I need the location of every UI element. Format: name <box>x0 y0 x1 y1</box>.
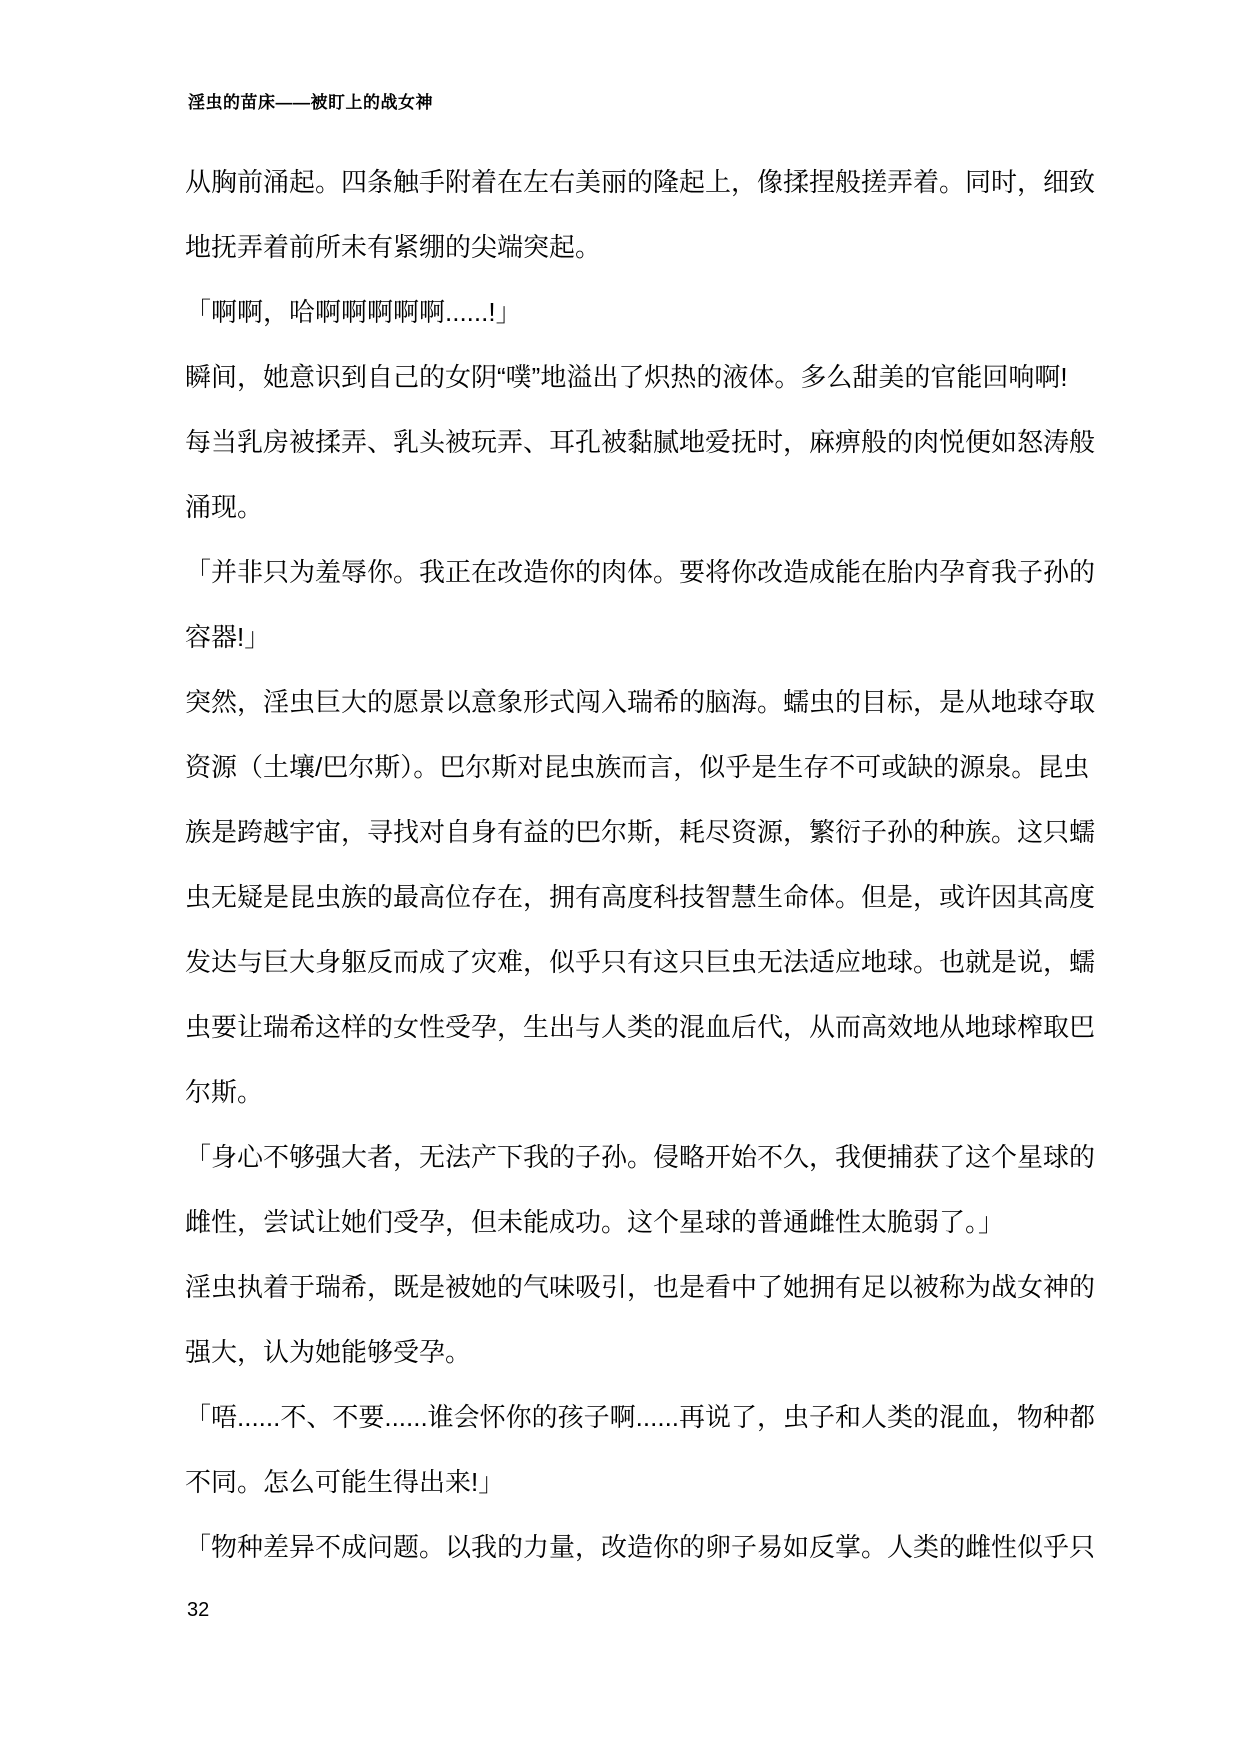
text-line: 从胸前涌起。四条触手附着在左右美丽的隆起上，像揉捏般搓弄着。同时，细致 <box>185 150 1085 215</box>
text-line: 容器!」 <box>185 605 1085 670</box>
document-page: 淫虫的苗床——被盯上的战女神 从胸前涌起。四条触手附着在左右美丽的隆起上，像揉捏… <box>0 0 1240 1753</box>
text-line: 不同。怎么可能生得出来!」 <box>185 1450 1085 1515</box>
text-line: 「唔......不、不要......谁会怀你的孩子啊......再说了，虫子和人… <box>185 1385 1085 1450</box>
text-line: 突然，淫虫巨大的愿景以意象形式闯入瑞希的脑海。蠕虫的目标，是从地球夺取 <box>185 670 1085 735</box>
running-header-title: 淫虫的苗床——被盯上的战女神 <box>188 93 433 113</box>
text-line: 涌现。 <box>185 475 1085 540</box>
text-line: 淫虫执着于瑞希，既是被她的气味吸引，也是看中了她拥有足以被称为战女神的 <box>185 1255 1085 1320</box>
text-line: 发达与巨大身躯反而成了灾难，似乎只有这只巨虫无法适应地球。也就是说，蠕 <box>185 930 1085 995</box>
text-line: 强大，认为她能够受孕。 <box>185 1320 1085 1385</box>
text-line: 族是跨越宇宙，寻找对自身有益的巴尔斯，耗尽资源，繁衍子孙的种族。这只蠕 <box>185 800 1085 865</box>
text-line: 每当乳房被揉弄、乳头被玩弄、耳孔被黏腻地爱抚时，麻痹般的肉悦便如怒涛般 <box>185 410 1085 475</box>
text-line: 尔斯。 <box>185 1060 1085 1125</box>
body-text: 从胸前涌起。四条触手附着在左右美丽的隆起上，像揉捏般搓弄着。同时，细致地抚弄着前… <box>185 150 1085 1580</box>
text-line: 「啊啊，哈啊啊啊啊啊......!」 <box>185 280 1085 345</box>
text-line: 「物种差异不成问题。以我的力量，改造你的卵子易如反掌。人类的雌性似乎只 <box>185 1515 1085 1580</box>
text-line: 雌性，尝试让她们受孕，但未能成功。这个星球的普通雌性太脆弱了。」 <box>185 1190 1085 1255</box>
text-line: 虫要让瑞希这样的女性受孕，生出与人类的混血后代，从而高效地从地球榨取巴 <box>185 995 1085 1060</box>
text-line: 瞬间，她意识到自己的女阴“噗”地溢出了炽热的液体。多么甜美的官能回响啊! <box>185 345 1085 410</box>
text-line: 「身心不够强大者，无法产下我的子孙。侵略开始不久，我便捕获了这个星球的 <box>185 1125 1085 1190</box>
page-number: 32 <box>187 1598 209 1622</box>
text-line: 地抚弄着前所未有紧绷的尖端突起。 <box>185 215 1085 280</box>
text-line: 虫无疑是昆虫族的最高位存在，拥有高度科技智慧生命体。但是，或许因其高度 <box>185 865 1085 930</box>
text-line: 资源（土壤/巴尔斯）。巴尔斯对昆虫族而言，似乎是生存不可或缺的源泉。昆虫 <box>185 735 1085 800</box>
text-line: 「并非只为羞辱你。我正在改造你的肉体。要将你改造成能在胎内孕育我子孙的 <box>185 540 1085 605</box>
